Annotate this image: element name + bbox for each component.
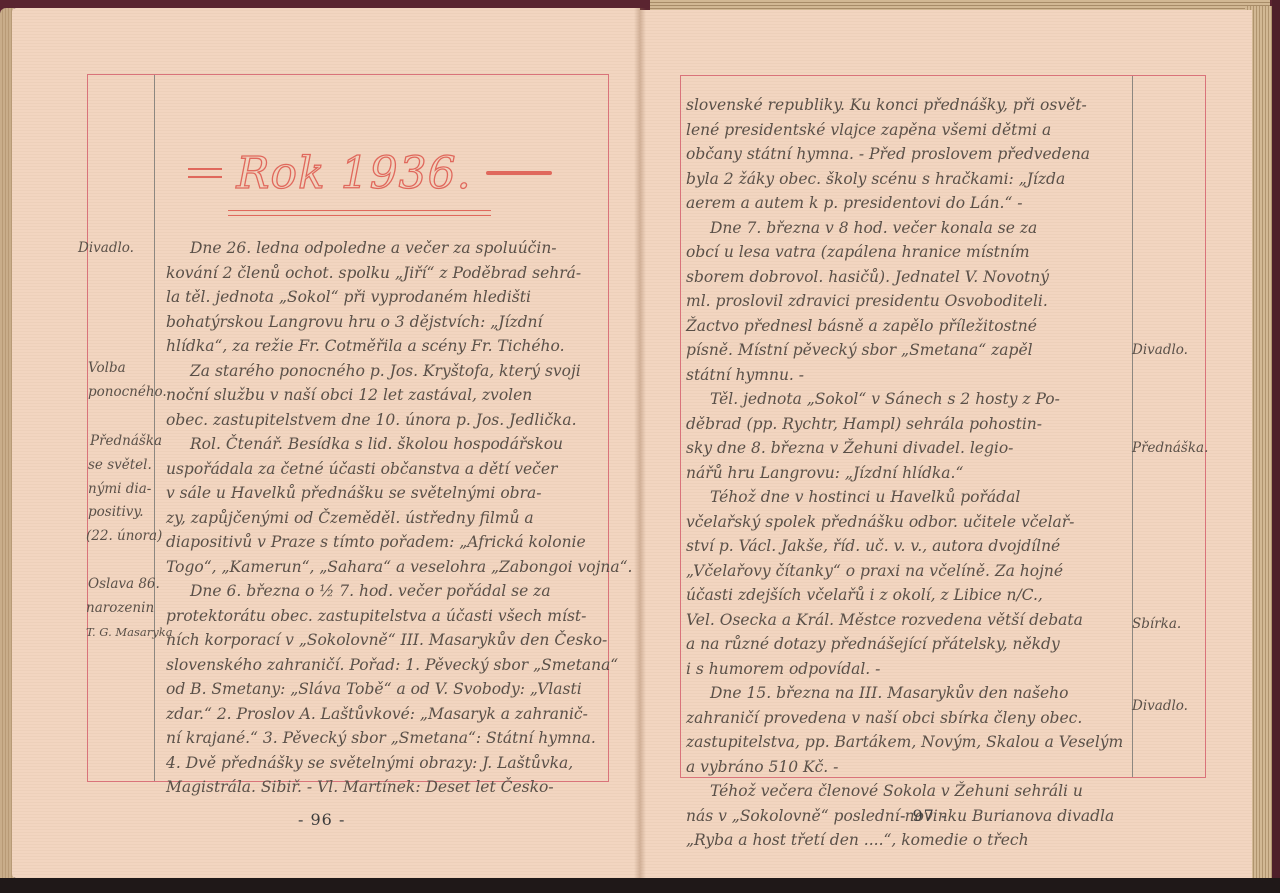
margin-note: Volba [88,356,126,381]
text-line: státní hymnu. - [686,363,1134,388]
text-line: slovenské republiky. Ku konci přednášky,… [686,93,1134,118]
book-cover-right [1272,0,1280,893]
text-line: byla 2 žáky obec. školy scénu s hračkami… [686,167,1134,192]
text-line: Rol. Čtenář. Besídka s lid. školou hospo… [166,432,606,457]
page-number-right: - 97 - [900,806,947,825]
margin-note: ponocného. [88,380,167,405]
text-line: písně. Místní pěvecký sbor „Smetana“ zap… [686,338,1134,363]
text-line: Žactvo přednesl básně a zapělo příležito… [686,314,1134,339]
text-line: noční službu v naší obci 12 let zastával… [166,383,606,408]
text-line: obec. zastupitelstvem dne 10. února p. J… [166,408,606,433]
text-line: aerem a autem k p. presidentovi do Lán.“… [686,191,1134,216]
margin-note: Sbírka. [1132,612,1181,637]
text-line: nářů hru Langrovu: „Jízdní hlídka.“ [686,461,1134,486]
text-line: Dne 7. března v 8 hod. večer konala se z… [686,216,1134,241]
right-page-text: slovenské republiky. Ku konci přednášky,… [686,93,1134,853]
text-line: protektorátu obec. zastupitelstva a účas… [166,604,606,629]
book-gutter [634,8,646,878]
text-line: obcí u lesa vatra (zapálena hranice míst… [686,240,1134,265]
heading-dash-right [486,171,552,175]
text-line: zastupitelstva, pp. Bartákem, Novým, Ska… [686,730,1134,755]
text-line: od B. Smetany: „Sláva Tobě“ a od V. Svob… [166,677,606,702]
margin-note: T. G. Masaryka [86,620,173,645]
margin-note: Přednáška. [1132,436,1208,461]
text-line: ml. proslovil zdravici presidentu Osvobo… [686,289,1134,314]
text-line: v sále u Havelků přednášku se světelnými… [166,481,606,506]
text-line: zy, zapůjčenými od Čzeměděl. ústředny fi… [166,506,606,531]
text-line: diapositivů v Praze s tímto pořadem: „Af… [166,530,606,555]
year-heading: Rok 1936. [170,138,570,208]
text-line: hlídka“, za režie Fr. Cotměřila a scény … [166,334,606,359]
text-line: sborem dobrovol. hasičů). Jednatel V. No… [686,265,1134,290]
margin-note: Divadlo. [1132,694,1188,719]
text-line: ních korporací v „Sokolovně“ III. Masary… [166,628,606,653]
text-line: zdar.“ 2. Proslov A. Laštůvkové: „Masary… [166,702,606,727]
margin-note: narozenin [86,596,154,621]
text-line: bohatýrskou Langrovu hru o 3 dějstvích: … [166,310,606,335]
text-line: „Ryba a host třetí den ....“, komedie o … [686,828,1134,853]
text-line: děbrad (pp. Rychtr, Hampl) sehrála pohos… [686,412,1134,437]
margin-note: Divadlo. [78,236,134,261]
margin-note: nými dia- [88,477,151,502]
text-line: kování 2 členů ochot. spolku „Jiří“ z Po… [166,261,606,286]
text-line: a vybráno 510 Kč. - [686,755,1134,780]
text-line: sky dne 8. března v Žehuni divadel. legi… [686,436,1134,461]
text-line: Dne 26. ledna odpoledne a večer za spolu… [166,236,606,261]
text-line: Téhož večera členové Sokola v Žehuni seh… [686,779,1134,804]
margin-note: Oslava 86. [88,572,160,597]
page-number-left: - 96 - [298,810,345,829]
text-line: ní krajané.“ 3. Pěvecký sbor „Smetana“: … [166,726,606,751]
text-line: ství p. Václ. Jakše, říd. uč. v. v., aut… [686,534,1134,559]
text-line: Togo“, „Kamerun“, „Sahara“ a veselohra „… [166,555,606,580]
text-line: lené presidentské vlajce zapěna všemi dě… [686,118,1134,143]
margin-note: (22. února) [86,524,162,549]
desk-shadow [0,878,1280,893]
text-line: a na různé dotazy přednášející přátelsky… [686,632,1134,657]
text-line: „Včelařovy čítanky“ o praxi na včelíně. … [686,559,1134,584]
text-line: uspořádala za četné účasti občanstva a d… [166,457,606,482]
text-line: včelařský spolek přednášku odbor. učitel… [686,510,1134,535]
text-line: la těl. jednota „Sokol“ při vyprodaném h… [166,285,606,310]
left-margin-rule [154,75,155,781]
heading-underline [228,210,491,216]
text-line: 4. Dvě přednášky se světelnými obrazy: J… [166,751,606,776]
text-line: i s humorem odpovídal. - [686,657,1134,682]
text-line: Těl. jednota „Sokol“ v Sánech s 2 hosty … [686,387,1134,412]
margin-note: Přednáška [90,429,162,454]
text-line: Dne 15. března na III. Masarykův den naš… [686,681,1134,706]
text-line: občany státní hymna. - Před proslovem př… [686,142,1134,167]
text-line: Dne 6. března o ½ 7. hod. večer pořádal … [166,579,606,604]
text-line: Magistrála. Sibiř. - Vl. Martínek: Deset… [166,775,606,800]
text-line: slovenského zahraničí. Pořad: 1. Pěvecký… [166,653,606,678]
text-line: zahraničí provedena v naší obci sbírka č… [686,706,1134,731]
text-line: Téhož dne v hostinci u Havelků pořádal [686,485,1134,510]
margin-note: se světel. [88,453,152,478]
text-line: Za starého ponocného p. Jos. Kryštofa, k… [166,359,606,384]
margin-note: Divadlo. [1132,338,1188,363]
heading-dash-left [188,168,222,178]
heading-text: Rok 1936. [236,148,471,199]
text-line: Vel. Osecka a Král. Městce rozvedena vět… [686,608,1134,633]
margin-note: positivy. [88,500,144,525]
left-page-text: Dne 26. ledna odpoledne a večer za spolu… [166,236,606,800]
text-line: účasti zdejších včelařů i z okolí, z Lib… [686,583,1134,608]
